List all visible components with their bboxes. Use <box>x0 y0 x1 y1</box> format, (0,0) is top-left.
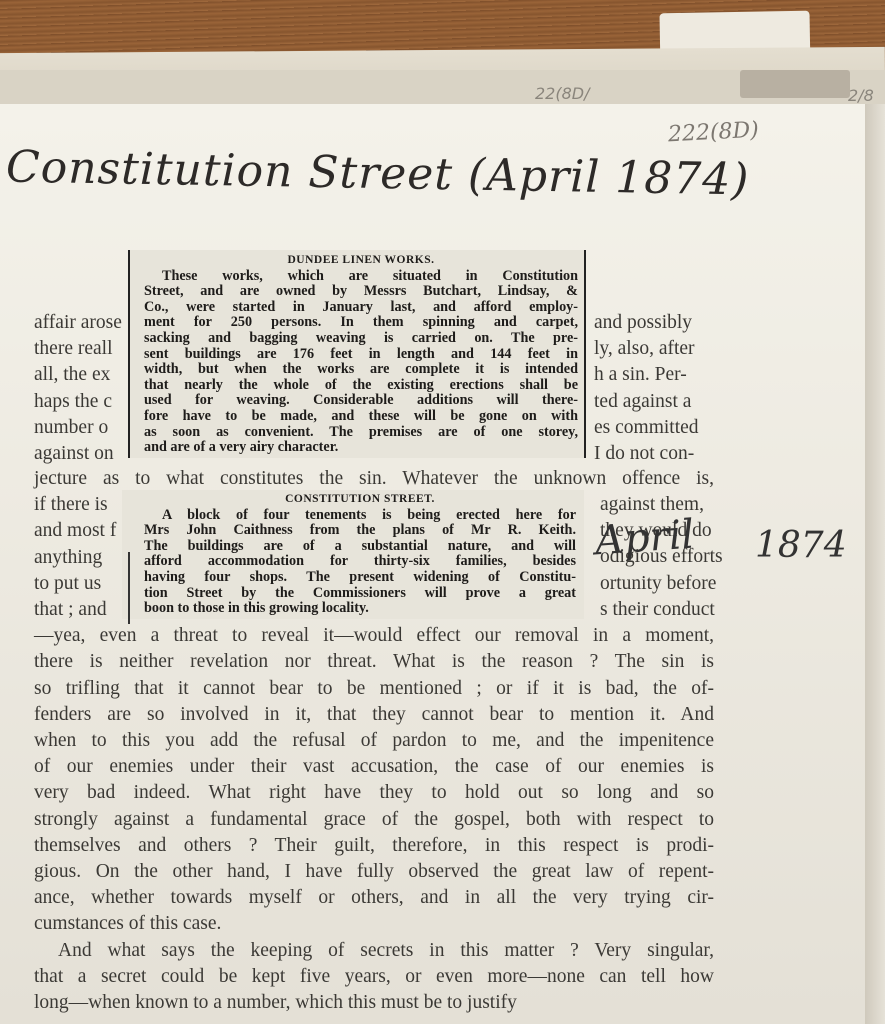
text-line: so trifling that it cannot bear to be me… <box>34 676 714 702</box>
text-line: there reall <box>34 336 122 362</box>
back-sheet-tab <box>740 70 850 98</box>
text-line: jecture as to what constitutes the sin. … <box>34 466 714 492</box>
book-left-fragments: affair arose there reall all, the ex hap… <box>34 310 122 467</box>
text-line: h a sin. Per- <box>594 362 699 388</box>
clipping-heading: CONSTITUTION STREET. <box>144 492 576 508</box>
book-right-fragments: and possibly ly, also, after h a sin. Pe… <box>594 310 699 467</box>
text-line: strongly against a fundamental grace of … <box>34 807 714 833</box>
text-line: long—when known to a number, which this … <box>34 990 714 1016</box>
text-line: boon to those in this growing locality. <box>144 601 576 617</box>
text-line: es committed <box>594 415 699 441</box>
text-line: when to this you add the refusal of pard… <box>34 728 714 754</box>
newspaper-clipping-constitution-street: CONSTITUTION STREET. A block of four ten… <box>122 490 584 619</box>
text-line: having four shops. The present widening … <box>144 570 576 586</box>
text-line: very bad indeed. What right have they to… <box>34 780 714 806</box>
text-line: Co., were started in January last, and a… <box>144 300 578 316</box>
text-line: s their conduct <box>600 597 723 623</box>
handwritten-month: April <box>594 512 696 565</box>
text-line: gious. On the other hand, I have fully o… <box>34 859 714 885</box>
text-line: ance, whether towards myself or others, … <box>34 885 714 911</box>
text-line: there is neither revelation nor threat. … <box>34 649 714 675</box>
text-line: sacking and bagging weaving is carried o… <box>144 331 578 347</box>
text-line: tion Street by the Commissioners will pr… <box>144 586 576 602</box>
text-line: I do not con- <box>594 441 699 467</box>
text-line: that a secret could be kept five years, … <box>34 964 714 990</box>
column-rule <box>128 552 130 624</box>
text-line: A block of four tenements is being erect… <box>144 508 576 524</box>
text-line: ment for 250 persons. In them spinning a… <box>144 315 578 331</box>
text-line: afford accommodation for thirty-six fami… <box>144 554 576 570</box>
text-line: ted against a <box>594 389 699 415</box>
text-line: sent buildings are 176 feet in length an… <box>144 347 578 363</box>
text-line: width, but when the works are complete i… <box>144 362 578 378</box>
text-line: that nearly the whole of the existing er… <box>144 378 578 394</box>
text-line: ly, also, after <box>594 336 699 362</box>
text-line: fore have to be made, and these will be … <box>144 409 578 425</box>
text-line: haps the c <box>34 389 122 415</box>
text-line: as soon as convenient. The premises are … <box>144 425 578 441</box>
back-sheet-reference: 22(8D/ <box>535 84 590 103</box>
text-line: —yea, even a threat to reveal it—would e… <box>34 623 714 649</box>
handwritten-reference: 222(8D) <box>667 118 759 148</box>
text-line: Mrs John Caithness from the plans of Mr … <box>144 523 576 539</box>
text-line: number o <box>34 415 122 441</box>
text-line: ortunity before <box>600 571 723 597</box>
text-line: These works, which are situated in Const… <box>144 269 578 285</box>
handwritten-year: 1874 <box>755 525 847 566</box>
text-line: And what says the keeping of secrets in … <box>34 938 714 964</box>
text-line: themselves and others ? Their guilt, the… <box>34 833 714 859</box>
back-sheet-reference: 2/8 <box>848 86 874 105</box>
text-line: used for weaving. Considerable additions… <box>144 393 578 409</box>
text-line: of our enemies under their vast accusati… <box>34 754 714 780</box>
text-line: cumstances of this case. <box>34 911 714 937</box>
text-line: and possibly <box>594 310 699 336</box>
text-line: fenders are so involved in it, that they… <box>34 702 714 728</box>
text-line: affair arose <box>34 310 122 336</box>
text-line: against on <box>34 441 122 467</box>
newspaper-clipping-linen-works: DUNDEE LINEN WORKS. These works, which a… <box>128 250 586 458</box>
clipping-heading: DUNDEE LINEN WORKS. <box>144 253 578 269</box>
text-line: and are of a very airy character. <box>144 440 578 456</box>
text-line: The buildings are of a substantial natur… <box>144 539 576 555</box>
text-line: Street, and are owned by Messrs Butchart… <box>144 284 578 300</box>
text-line: all, the ex <box>34 362 122 388</box>
page-edge <box>865 104 885 1024</box>
